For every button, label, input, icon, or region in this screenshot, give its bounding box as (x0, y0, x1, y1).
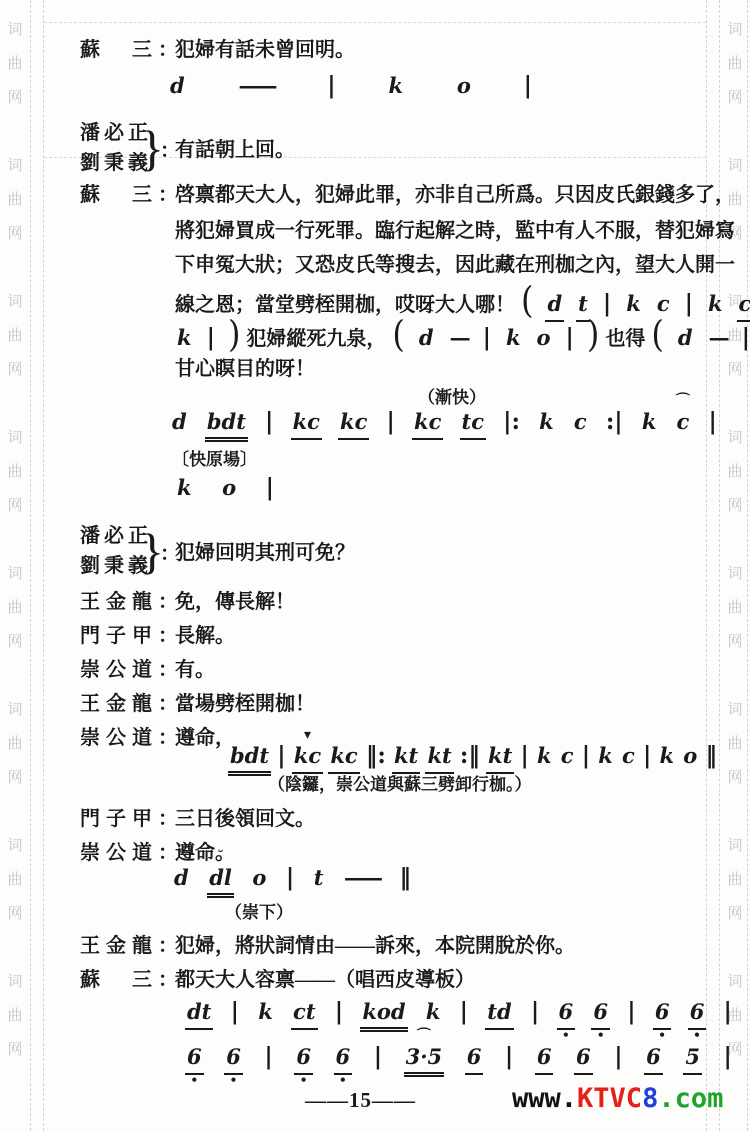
music-token: td (485, 999, 513, 1030)
music-token: :‖ (459, 742, 481, 771)
music-token: | (264, 408, 274, 437)
site-watermark: www.KTVC8.com (512, 1083, 723, 1114)
dialogue-text: 免，傳長解！ (175, 585, 295, 614)
music-token: k (175, 325, 194, 351)
site-watermark-name: KTVC (577, 1083, 642, 1114)
inline-notation: k|) (175, 314, 240, 354)
music-token: kc (291, 409, 322, 440)
paragraph-line: 下申冤大狀；又恐皮氏等搜去，因此藏在刑枷之內，望大人開一 (175, 248, 735, 277)
dialogue-text: 遵命， (175, 721, 235, 750)
music-token: | (276, 742, 286, 771)
music-token: o (250, 865, 268, 891)
music-token: d (170, 409, 189, 435)
speaker-name: 蘇 三： (80, 178, 184, 207)
music-token: 6 (591, 999, 610, 1030)
music-token: d (172, 865, 191, 891)
music-line: dt|kct|kodk|td|66|66| (185, 998, 733, 1032)
music-token: | (642, 742, 652, 771)
percussion-annotation: （陰鑼，崇公道與蘇三劈卸行枷。） (268, 770, 532, 795)
music-token: | (459, 998, 469, 1027)
page-number-dash: —— (305, 1088, 349, 1112)
inline-notation: (d—|ko|) (392, 314, 599, 354)
stage-annotation: 〔快原場〕 (172, 445, 257, 470)
music-token: o (220, 475, 238, 501)
music-token: o (535, 325, 553, 351)
paragraph-line-with-notation: k|) 犯婦縱死九泉， (d—|ko|) 也得 (d—|ko‖) (175, 314, 750, 354)
speaker-name: 崇公道： (80, 721, 184, 750)
music-line: ko| (175, 474, 275, 503)
music-token: | (265, 474, 275, 503)
music-token: | (530, 998, 540, 1027)
dialogue-text: 有。 (175, 653, 215, 682)
music-token: | (723, 998, 733, 1027)
music-token: 6 (224, 1044, 243, 1075)
music-token: d (676, 325, 695, 351)
site-watermark-prefix: www. (512, 1083, 577, 1114)
page-number-dash: —— (372, 1088, 416, 1112)
music-token: 6 (535, 1044, 554, 1075)
music-token: | (230, 998, 240, 1027)
music-token: ( (392, 311, 404, 357)
speaker-name: 崇公道： (80, 653, 184, 682)
music-token: | (626, 998, 636, 1027)
music-token: bdt (228, 743, 271, 776)
music-line: dbdt|kckc|kctc|:kc:|kc| (170, 408, 718, 442)
music-line: d——|ko| (168, 72, 533, 101)
music-token: | (519, 742, 529, 771)
music-token: | (206, 324, 216, 353)
paragraph-line: 啓禀都天大人，犯婦此罪，亦非自己所爲。只因皮氏銀錢多了， (175, 178, 735, 207)
music-token: | (565, 324, 575, 353)
music-token: | (334, 998, 344, 1027)
music-token: kod (360, 999, 407, 1032)
page-number: ——15—— (305, 1088, 416, 1113)
tempo-annotation: （漸快） (418, 383, 486, 408)
dialogue-text: 都天大人容禀——（唱西皮導板） (175, 963, 475, 992)
music-token: 6 (574, 1044, 593, 1075)
stage-annotation: （崇下） (225, 898, 293, 923)
page-number-value: 15 (349, 1088, 372, 1112)
site-watermark-tld: .com (658, 1083, 723, 1114)
music-token: ) (587, 311, 599, 357)
music-token: o (455, 73, 473, 99)
music-token: | (504, 1043, 514, 1072)
site-watermark-number: 8 (642, 1083, 658, 1114)
music-token: | (326, 72, 336, 101)
dialogue-text: 有話朝上回。 (175, 133, 295, 162)
music-token: k (256, 999, 275, 1025)
paragraph-text: 犯婦縱死九泉， (246, 322, 386, 351)
dialogue-text: 犯婦，將狀詞情由——訴來，本院開脫於你。 (175, 929, 575, 958)
speaker-name: 門子甲： (80, 802, 184, 831)
music-token: —— (342, 865, 382, 891)
music-token: k (658, 743, 677, 769)
dialogue-text: 長解。 (175, 619, 235, 648)
music-token: 6 (653, 999, 672, 1030)
music-token: | (285, 864, 295, 893)
speaker-name: 王金龍： (80, 929, 184, 958)
top-dashed-line (44, 22, 706, 23)
music-token: ( (651, 311, 663, 357)
dialogue-row-dual: 潘必正 劉秉義 } ： 有話朝上回。 (0, 118, 750, 180)
music-token: :| (605, 408, 624, 437)
music-token: k (537, 409, 556, 435)
music-token: 6 (557, 999, 576, 1030)
music-token: k (175, 475, 194, 501)
speaker-name: 蘇 三： (80, 963, 184, 992)
music-token: | (707, 408, 717, 437)
music-line: 66|66|3·56|66|65| (185, 1043, 733, 1077)
music-token: bdt (205, 409, 248, 442)
music-token: ) (228, 311, 240, 357)
music-token: c (620, 743, 637, 769)
music-token: tc (460, 409, 487, 440)
music-token: | (373, 1043, 383, 1072)
music-token: | (723, 1043, 733, 1072)
music-token: k (640, 409, 659, 435)
music-token: 6 (334, 1044, 353, 1075)
music-token: 6 (185, 1044, 204, 1075)
speaker-name: 門子甲： (80, 619, 184, 648)
music-token: 3·5 (404, 1044, 445, 1077)
paragraph-text: 線之恩；當堂劈桎開枷，哎呀大人哪！ (175, 288, 515, 317)
music-token: | (482, 324, 492, 353)
paragraph-line: 甘心瞑目的呀！ (175, 352, 315, 381)
music-token: | (386, 408, 396, 437)
music-token: k (535, 743, 554, 769)
music-token: o (681, 743, 699, 769)
speaker-name: 蘇 三： (80, 33, 184, 62)
dialogue-text: 犯婦回明其刑可免？ (175, 536, 355, 565)
speaker-name: 王金龍： (80, 687, 184, 716)
music-token: —— (236, 73, 276, 99)
music-token: dt (185, 999, 213, 1030)
dialogue-text: 犯婦有話未曾回明。 (175, 33, 355, 62)
music-token: ‖ (398, 864, 412, 893)
inline-notation: (d—|ko‖) (651, 314, 750, 354)
music-token: |: (502, 408, 521, 437)
music-token: | (613, 1043, 623, 1072)
music-token: k (424, 999, 443, 1025)
music-token: ‖ (704, 742, 718, 771)
music-token: k (386, 73, 405, 99)
music-token: | (581, 742, 591, 771)
music-token: 6 (688, 999, 707, 1030)
music-token: dl (207, 865, 234, 898)
music-token: ct (291, 999, 318, 1030)
dialogue-text: 當場劈桎開枷！ (175, 687, 315, 716)
paragraph-text: 也得 (605, 322, 645, 351)
music-token: | (263, 1043, 273, 1072)
music-line: ddlo|t——‖ (172, 864, 412, 898)
music-token: d (168, 73, 187, 99)
music-token: — (448, 325, 470, 351)
music-token: — (707, 325, 729, 351)
speaker-name: 崇公道： (80, 836, 184, 865)
music-token: 5 (683, 1044, 702, 1075)
music-token: k (596, 743, 615, 769)
music-token: c (675, 409, 692, 435)
dialogue-text: 三日後領回文。 (175, 802, 315, 831)
music-token: | (741, 324, 750, 353)
speaker-name: 王金龍： (80, 585, 184, 614)
paragraph-line: 將犯婦買成一行死罪。臨行起解之時，監中有人不服，替犯婦寫 (175, 214, 735, 243)
music-token: d (417, 325, 436, 351)
music-token: 6 (294, 1044, 313, 1075)
music-token: 6 (644, 1044, 663, 1075)
music-token: ‖: (365, 742, 387, 771)
music-token: t (312, 865, 326, 891)
music-token: k (504, 325, 523, 351)
music-token: 6 (465, 1044, 484, 1075)
music-token: c (559, 743, 576, 769)
music-token: kc (338, 409, 369, 440)
music-token: c (572, 409, 589, 435)
score-page: 词 曲 网 词 曲 网 词 曲 网 词 曲 网 词 曲 网 词 曲 网 词 曲 … (0, 0, 750, 1131)
music-token: | (523, 72, 533, 101)
dialogue-row-dual: 潘必正 劉秉義 } ： 犯婦回明其刑可免？ (0, 521, 750, 583)
music-token: kc (412, 409, 443, 440)
